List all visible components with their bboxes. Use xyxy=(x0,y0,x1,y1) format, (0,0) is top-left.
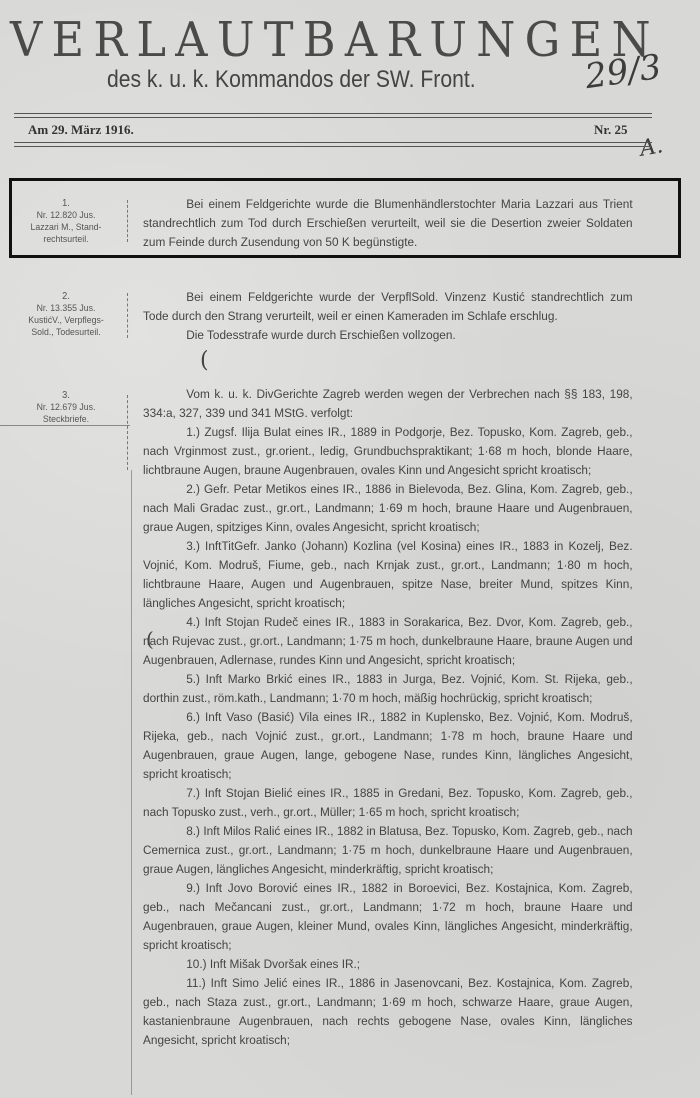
paragraph: Vom k. u. k. DivGerichte Zagreb werden w… xyxy=(143,385,633,423)
entry-subject: KustićV., Verpflegs- xyxy=(22,315,110,327)
stray-mark: ( xyxy=(146,627,154,651)
margin-separator xyxy=(127,200,128,242)
issue-number: Nr. 25 xyxy=(594,122,627,138)
entry-subject-cont: rechtsurteil. xyxy=(22,234,110,246)
margin-rule xyxy=(0,425,130,426)
entry-3-body: Vom k. u. k. DivGerichte Zagreb werden w… xyxy=(143,385,633,1050)
masthead-title: VERLAUTBARUNGEN xyxy=(10,14,615,66)
entry-1-margin-note: 1. Nr. 12.820 Jus. Lazzari M., Stand- re… xyxy=(22,198,110,246)
entry-number: 3. xyxy=(22,390,110,402)
entry-1-body: Bei einem Feldgerichte wurde die Blumenh… xyxy=(143,195,633,252)
wanted-item-11: 11.) Inft Simo Jelić eines IR., 1886 in … xyxy=(143,974,633,1050)
issue-date: Am 29. März 1916. xyxy=(28,122,134,138)
entry-2-body: Bei einem Feldgerichte wurde der VerpflS… xyxy=(143,288,633,345)
margin-separator xyxy=(127,293,128,338)
stray-mark: ( xyxy=(200,348,209,373)
wanted-item-10: 10.) Inft Mišak Dvoršak eines IR.; xyxy=(143,955,633,974)
entry-number: 2. xyxy=(22,291,110,303)
entry-subject: Lazzari M., Stand- xyxy=(22,222,110,234)
entry-3-margin-note: 3. Nr. 12.679 Jus. Steckbriefe. xyxy=(22,390,110,426)
margin-separator xyxy=(127,395,128,470)
entry-subject-cont: Sold., Todesurteil. xyxy=(22,327,110,339)
entry-2-margin-note: 2. Nr. 13.355 Jus. KustićV., Verpflegs- … xyxy=(22,291,110,339)
entry-number: 1. xyxy=(22,198,110,210)
document-page: VERLAUTBARUNGEN des k. u. k. Kommandos d… xyxy=(0,0,700,1098)
entry-ref: Nr. 13.355 Jus. xyxy=(22,303,110,315)
handwritten-mark: A. xyxy=(638,133,665,162)
column-line xyxy=(131,470,132,1095)
wanted-item-9: 9.) Inft Jovo Borović eines IR., 1882 in… xyxy=(143,879,633,955)
paragraph: Bei einem Feldgerichte wurde die Blumenh… xyxy=(143,195,633,252)
wanted-item-5: 5.) Inft Marko Brkić eines IR., 1883 in … xyxy=(143,670,633,708)
wanted-item-6: 6.) Inft Vaso (Basić) Vila eines IR., 18… xyxy=(143,708,633,784)
header-rule-bottom xyxy=(14,142,652,147)
wanted-item-3: 3.) InftTitGefr. Janko (Johann) Kozlina … xyxy=(143,537,633,613)
entry-ref: Nr. 12.820 Jus. xyxy=(22,210,110,222)
paragraph: Bei einem Feldgerichte wurde der VerpflS… xyxy=(143,288,633,326)
wanted-item-4: 4.) Inft Stojan Rudeč eines IR., 1883 in… xyxy=(143,613,633,670)
paragraph: Die Todesstrafe wurde durch Erschießen v… xyxy=(143,326,633,345)
header-rule-top xyxy=(14,113,652,118)
wanted-item-2: 2.) Gefr. Petar Metikos eines IR., 1886 … xyxy=(143,480,633,537)
wanted-item-8: 8.) Inft Milos Ralić eines IR., 1882 in … xyxy=(143,822,633,879)
wanted-item-7: 7.) Inft Stojan Bielić eines IR., 1885 i… xyxy=(143,784,633,822)
entry-ref: Nr. 12.679 Jus. xyxy=(22,402,110,414)
wanted-item-1: 1.) Zugsf. Ilija Bulat eines IR., 1889 i… xyxy=(143,423,633,480)
masthead-subtitle: des k. u. k. Kommandos der SW. Front. xyxy=(107,66,476,94)
